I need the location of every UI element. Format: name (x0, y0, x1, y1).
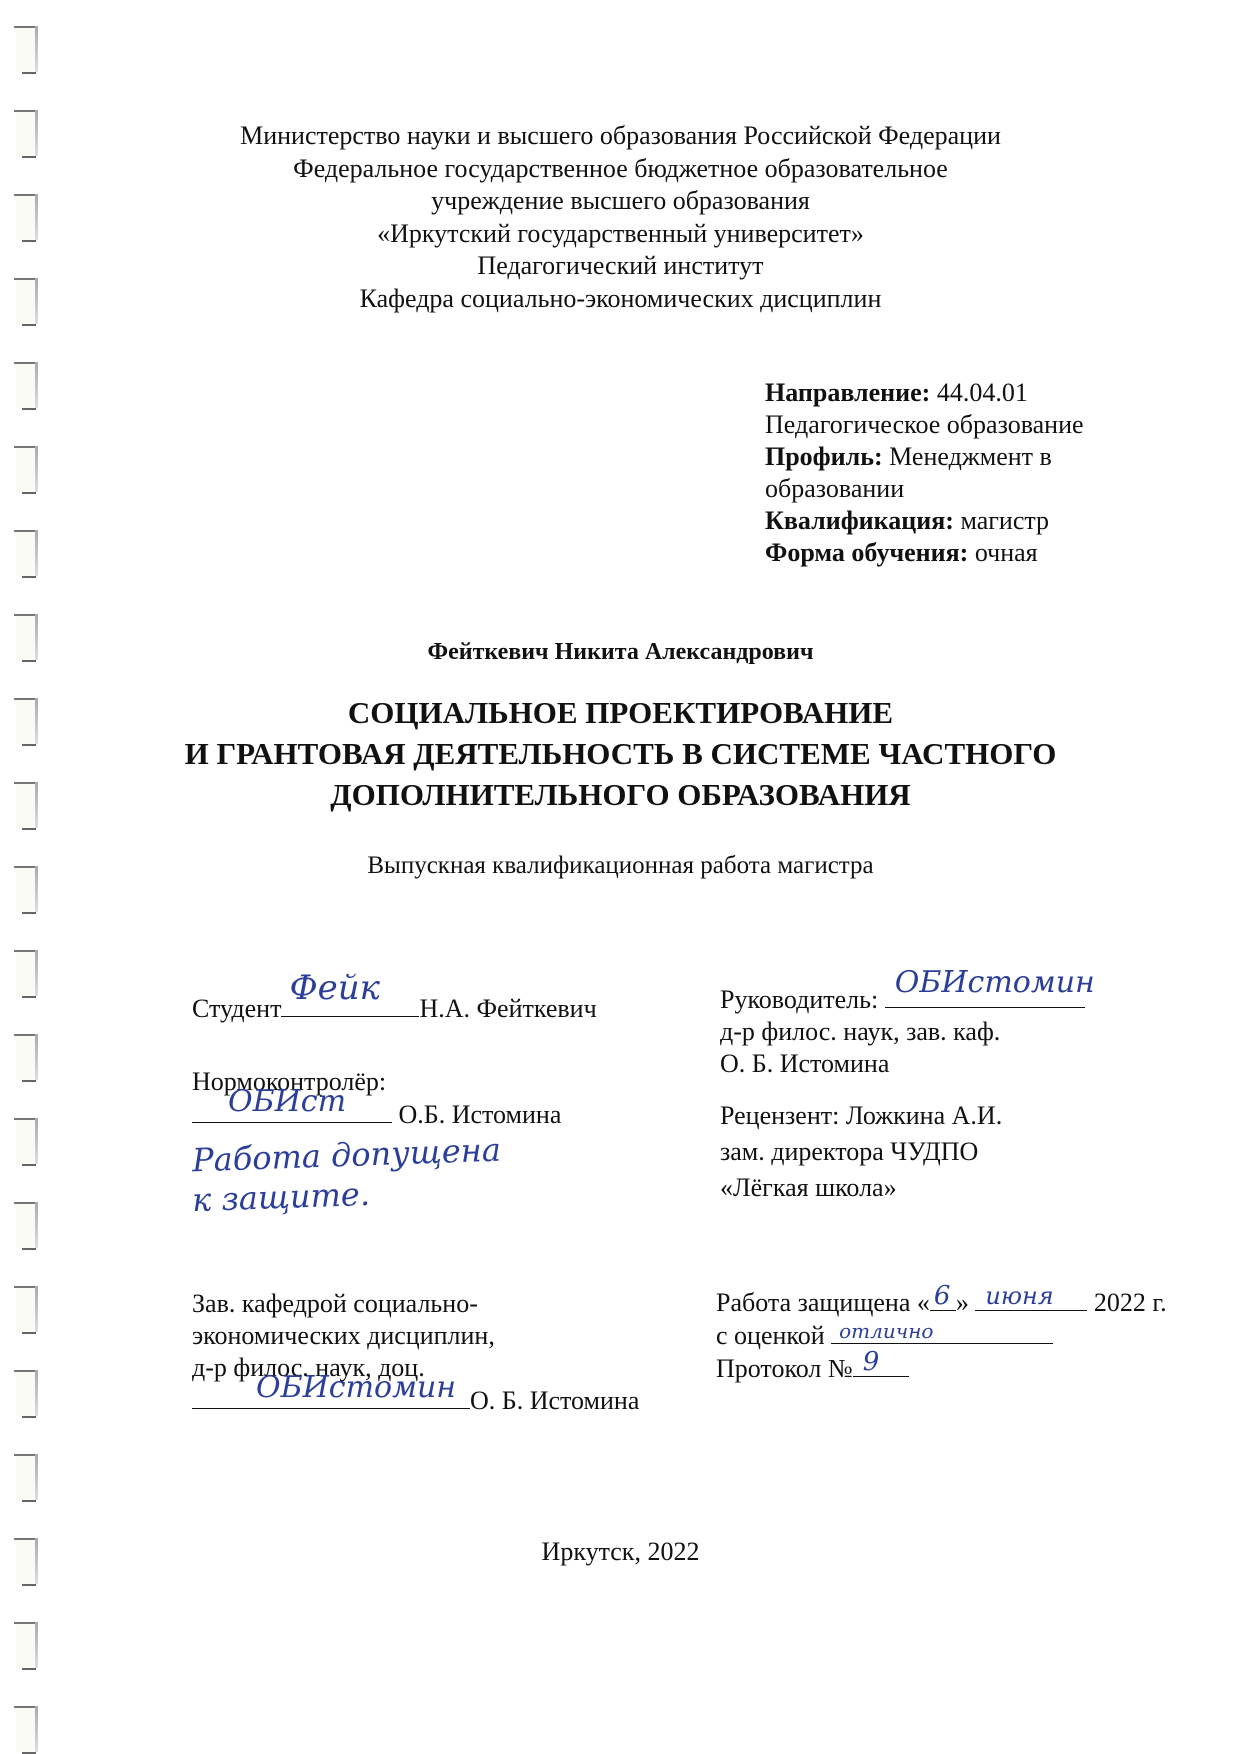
handwritten-note-line1: Работа допущена (191, 1131, 501, 1180)
defense-day: 6 (934, 1280, 951, 1312)
qualification-label: Квалификация: (765, 506, 954, 535)
defense-mid: » (956, 1288, 969, 1317)
city-year: Иркутск, 2022 (0, 1536, 1241, 1568)
binding-hole (14, 950, 38, 998)
thesis-title: СОЦИАЛЬНОЕ ПРОЕКТИРОВАНИЕ И ГРАНТОВАЯ ДЕ… (0, 692, 1241, 815)
header-line: Кафедра социально-экономических дисципли… (0, 283, 1241, 316)
direction-name: Педагогическое образование (765, 409, 1084, 441)
defense-prefix: Работа защищена « (716, 1288, 930, 1317)
work-type: Выпускная квалификационная работа магист… (0, 850, 1241, 882)
program-info: Направление: 44.04.01 Педагогическое обр… (765, 377, 1084, 569)
binding-hole (14, 362, 38, 410)
qualification-value: магистр (960, 506, 1049, 535)
defense-block: Работа защищена «6» июня 2022 г. с оценк… (716, 1286, 1167, 1385)
reviewer-line: «Лёгкая школа» (720, 1170, 1002, 1206)
profile-label: Профиль: (765, 442, 883, 471)
student-label: Студент (192, 994, 281, 1023)
grade-label: с оценкой (716, 1321, 825, 1350)
header-line: Министерство науки и высшего образования… (0, 120, 1241, 153)
supervisor-label: Руководитель: (720, 985, 878, 1014)
binding-hole (14, 1034, 38, 1082)
study-form-label: Форма обучения: (765, 538, 968, 567)
normcontroller-block: Нормоконтролёр: ОБИст О.Б. Истомина (192, 1066, 561, 1131)
study-form-value: очная (975, 538, 1038, 567)
student-signature-block: СтудентФейкН.А. Фейткевич (192, 992, 597, 1025)
supervisor-name: О. Б. Истомина (720, 1048, 1085, 1080)
title-line: ДОПОЛНИТЕЛЬНОГО ОБРАЗОВАНИЯ (0, 774, 1241, 815)
hod-line: экономических дисциплин, (192, 1320, 639, 1352)
head-of-department-block: Зав. кафедрой социально- экономических д… (192, 1288, 639, 1417)
normcontroller-signature-line: ОБИст (192, 1098, 392, 1123)
protocol-number: 9 (863, 1346, 880, 1378)
title-line: И ГРАНТОВАЯ ДЕЯТЕЛЬНОСТЬ В СИСТЕМЕ ЧАСТН… (0, 733, 1241, 774)
supervisor-title: д-р филос. наук, зав. каф. (720, 1016, 1085, 1048)
institution-header: Министерство науки и высшего образования… (0, 120, 1241, 315)
handwritten-note-line2: к защите. (191, 1175, 370, 1219)
protocol-label: Протокол № (716, 1354, 853, 1383)
profile-value-cont: образовании (765, 473, 1084, 505)
student-signature: Фейк (289, 972, 380, 1004)
reviewer-block: Рецензент: Ложкина А.И. зам. директора Ч… (720, 1098, 1002, 1206)
student-signature-line: Фейк (281, 992, 419, 1017)
header-line: Федеральное государственное бюджетное об… (0, 153, 1241, 186)
binding-hole (14, 1370, 38, 1418)
hod-name: О. Б. Истомина (470, 1386, 639, 1415)
supervisor-signature: ОБИстомин (895, 967, 1095, 999)
student-name: Н.А. Фейткевич (419, 994, 596, 1023)
grade-line: отлично (831, 1319, 1053, 1344)
supervisor-signature-line: ОБИстомин (885, 983, 1085, 1008)
profile-value: Менеджмент в (889, 442, 1052, 471)
reviewer-line: Рецензент: Ложкина А.И. (720, 1098, 1002, 1134)
author-name: Фейткевич Никита Александрович (0, 636, 1241, 668)
hod-signature-line: ОБИстомин (192, 1384, 470, 1409)
binding-hole (14, 1118, 38, 1166)
protocol-line: 9 (853, 1352, 909, 1377)
header-line: Педагогический институт (0, 250, 1241, 283)
binding-hole (14, 446, 38, 494)
reviewer-line: зам. директора ЧУДПО (720, 1134, 1002, 1170)
hod-signature: ОБИстомин (256, 1372, 456, 1404)
header-line: «Иркутский государственный университет» (0, 218, 1241, 251)
defense-month: июня (985, 1280, 1053, 1312)
grade-value: отлично (839, 1315, 933, 1347)
binding-hole (14, 530, 38, 578)
binding-hole (14, 26, 38, 74)
binding-hole (14, 1706, 38, 1754)
supervisor-block: Руководитель: ОБИстомин д-р филос. наук,… (720, 983, 1085, 1080)
defense-month-line: июня (975, 1286, 1087, 1311)
normcontroller-name: О.Б. Истомина (399, 1100, 562, 1129)
direction-label: Направление: (765, 378, 930, 407)
binding-hole (14, 1454, 38, 1502)
normcontroller-signature: ОБИст (228, 1086, 346, 1118)
defense-year: 2022 г. (1094, 1288, 1167, 1317)
binding-hole (14, 1286, 38, 1334)
document-page: Министерство науки и высшего образования… (0, 0, 1241, 1754)
direction-code: 44.04.01 (937, 378, 1028, 407)
title-line: СОЦИАЛЬНОЕ ПРОЕКТИРОВАНИЕ (0, 692, 1241, 733)
header-line: учреждение высшего образования (0, 185, 1241, 218)
hod-line: Зав. кафедрой социально- (192, 1288, 639, 1320)
binding-hole (14, 1202, 38, 1250)
binding-hole (14, 1622, 38, 1670)
defense-day-line: 6 (930, 1286, 956, 1311)
